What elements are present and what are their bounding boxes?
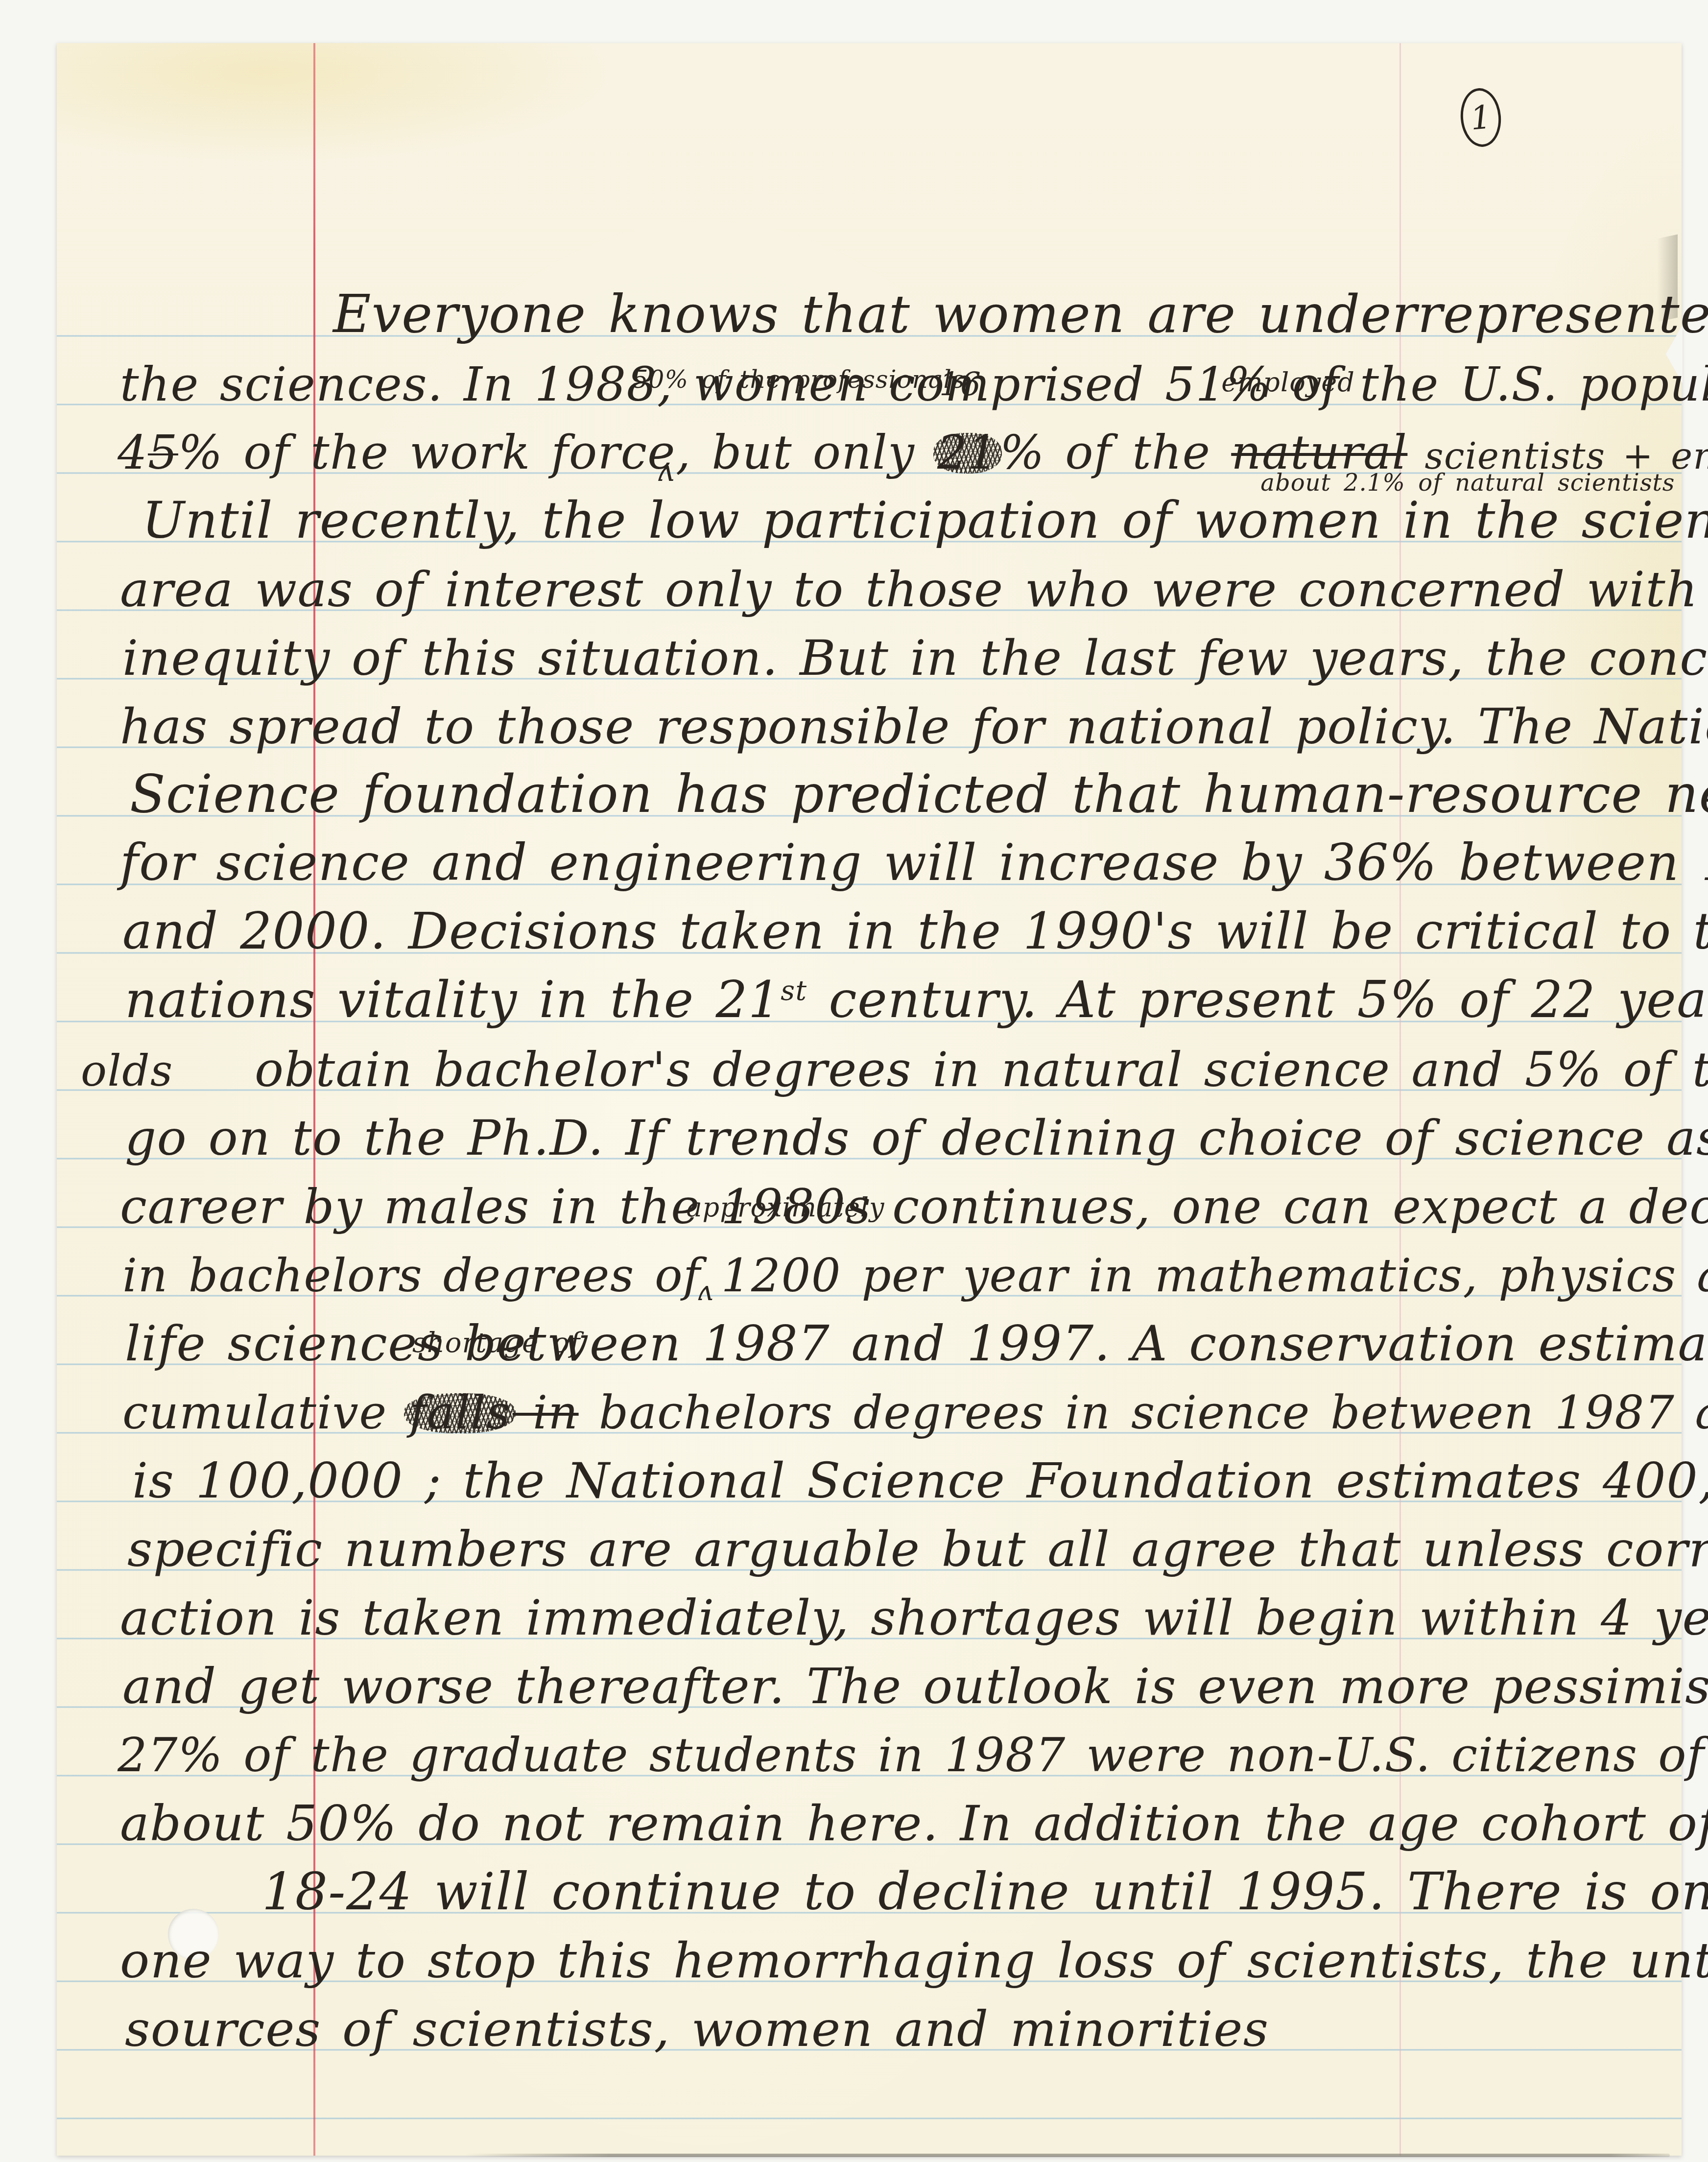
handwritten-line: 45% of the work force,ʌ50% of the profes…	[118, 430, 1708, 476]
text-segment: Everyone knows that women are underrepre…	[333, 284, 1708, 344]
handwritten-line: inequity of this situation. But in the l…	[122, 634, 1708, 683]
text-segment: action is taken immediately, shortages w…	[120, 1589, 1708, 1646]
handwritten-line: sources of scientists, women and minorit…	[125, 2005, 1269, 2054]
handwritten-line: Until recently, the low participation of…	[142, 496, 1708, 546]
handwritten-line: and get worse thereafter. The outlook is…	[122, 1662, 1708, 1711]
text-segment: about 50% do not remain here. In additio…	[120, 1795, 1708, 1852]
inserted-text-above: 16	[939, 368, 981, 401]
paper-bottom-edge-shadow	[465, 2154, 1670, 2157]
text-segment: area was of interest only to those who w…	[120, 561, 1708, 618]
text-segment: inequity of this situation. But in the l…	[122, 629, 1708, 687]
text-segment: in bachelors degrees of	[122, 1249, 701, 1303]
handwritten-line: go on to the Ph.D. If trends of declinin…	[125, 1114, 1708, 1163]
text-segment: nations vitality in the 21	[125, 971, 781, 1029]
text-segment: one way to stop this hemorrhaging loss o…	[120, 1932, 1708, 1989]
handwritten-line: has spread to those responsible for nati…	[120, 702, 1708, 751]
handwritten-line: action is taken immediately, shortages w…	[120, 1593, 1708, 1642]
text-segment: go on to the Ph.D. If trends of declinin…	[125, 1109, 1708, 1166]
handwritten-line: for science and engineering will increas…	[120, 838, 1708, 888]
handwritten-line: about 50% do not remain here. In additio…	[120, 1799, 1708, 1848]
inserted-text-above: 50% of the professionals	[633, 367, 965, 392]
handwritten-line: nations vitality in the 21st century. At…	[125, 975, 1708, 1025]
text-segment: century. At present 5% of 22 year	[807, 971, 1708, 1029]
handwritten-line: Everyone knows that women are underrepre…	[333, 288, 1708, 340]
handwritten-line: obtain bachelor's degrees in natural sci…	[255, 1046, 1708, 1094]
text-segment: obtain bachelor's degrees in natural sci…	[255, 1042, 1708, 1098]
handwritten-line: 18-24 will continue to decline until 199…	[262, 1866, 1708, 1917]
document-scan: { "colors":{ "bg":"#f6f6f3", "paper":"#f…	[0, 0, 1708, 2162]
handwritten-line: specific numbers are arguable but all ag…	[127, 1525, 1708, 1574]
text-segment: cumulative	[122, 1386, 407, 1440]
text-segment-scribble: falls	[407, 1390, 513, 1436]
handwritten-line: is 100,000 ; the National Science Founda…	[132, 1456, 1708, 1505]
text-segment: specific numbers are arguable but all ag…	[127, 1521, 1708, 1578]
text-segment: bachelors degrees in science between 198…	[579, 1386, 1708, 1440]
text-segment-scribble: 21	[935, 430, 1000, 476]
text-segment: career by males in the 1980s continues, …	[120, 1179, 1708, 1235]
handwritten-line: 27% of the graduate students in 1987 wer…	[118, 1733, 1708, 1779]
text-segment: Until recently, the low participation of…	[142, 491, 1708, 550]
text-segment: has spread to those responsible for nati…	[120, 698, 1708, 755]
text-segment: 27% of the graduate students in 1987 wer…	[118, 1729, 1708, 1782]
text-segment: and 2000. Decisions taken in the 1990's …	[122, 903, 1708, 961]
handwritten-line: area was of interest only to those who w…	[120, 565, 1708, 614]
text-segment-overwrite: 5	[148, 426, 178, 480]
text-segment: life sciences between 1987 and 1997. A c…	[125, 1315, 1708, 1372]
text-segment: but only	[691, 426, 935, 480]
inserted-text-below: ʌ	[657, 456, 674, 486]
handwritten-line: life sciences between 1987 and 1997. A c…	[125, 1319, 1708, 1368]
text-segment-strike: in	[513, 1386, 579, 1440]
text-segment: 18-24 will continue to decline until 199…	[262, 1862, 1708, 1922]
text-segment: and get worse thereafter. The outlook is…	[122, 1658, 1708, 1715]
text-segment: olds	[81, 1045, 173, 1096]
manuscript-text-layer: Everyone knows that women are underrepre…	[0, 0, 1708, 2162]
text-segment-sup: st	[781, 975, 807, 1007]
inserted-text-above: shortage of	[412, 1330, 580, 1357]
text-segment: is 100,000 ; the National Science Founda…	[132, 1452, 1708, 1509]
text-segment: % of the work force,	[178, 426, 691, 480]
text-segment: % of the	[1000, 426, 1231, 480]
handwritten-line: career by males in the 1980s continues, …	[120, 1183, 1708, 1231]
handwritten-line: Science foundation has predicted that hu…	[130, 768, 1708, 820]
handwritten-line: in bachelors degrees ofapproximatelyʌ 12…	[122, 1253, 1708, 1299]
text-segment: 1200 per year in mathematics, physics an…	[701, 1249, 1708, 1303]
inserted-text-above: approximately	[686, 1194, 884, 1221]
handwritten-line: one way to stop this hemorrhaging loss o…	[120, 1936, 1708, 1985]
text-segment: for science and engineering will increas…	[120, 834, 1708, 892]
text-segment: sources of scientists, women and minorit…	[125, 2000, 1269, 2058]
handwritten-line: olds	[81, 1049, 173, 1093]
text-segment: 4	[118, 426, 148, 480]
inserted-text-below: ʌ	[697, 1278, 713, 1305]
handwritten-line: and 2000. Decisions taken in the 1990's …	[122, 907, 1708, 957]
handwritten-line: cumulative shortage offalls in bachelors…	[122, 1390, 1708, 1436]
inserted-text-above: employed	[1221, 369, 1355, 396]
text-segment: Science foundation has predicted that hu…	[130, 764, 1708, 824]
